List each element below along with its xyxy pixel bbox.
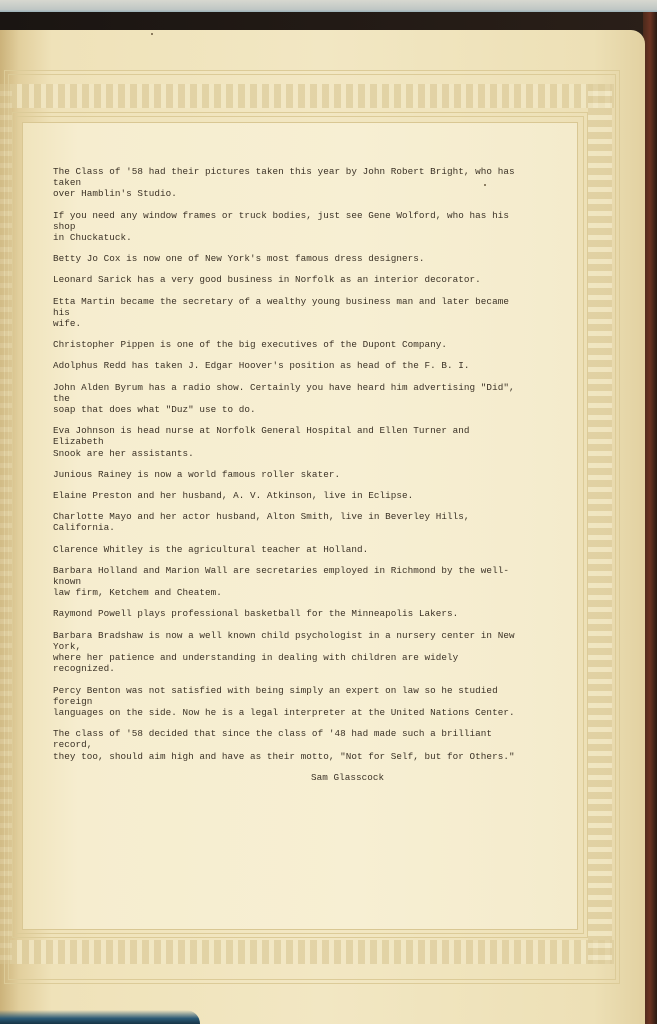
text-line: Percy Benton was not satisfied with bein…: [53, 685, 498, 707]
text-line: Snook are her assistants.: [53, 448, 194, 459]
paragraph: John Alden Byrum has a radio show. Certa…: [53, 382, 523, 416]
text-line: Christopher Pippen is one of the big exe…: [53, 339, 447, 350]
text-line: in Chuckatuck.: [53, 232, 132, 243]
paragraph: Betty Jo Cox is now one of New York's mo…: [53, 253, 523, 264]
paragraph: If you need any window frames or truck b…: [53, 210, 523, 244]
text-line: law firm, Ketchem and Cheatem.: [53, 587, 222, 598]
text-line: Barbara Bradshaw is now a well known chi…: [53, 630, 515, 652]
border-band-top: [10, 84, 614, 108]
text-line: Adolphus Redd has taken J. Edgar Hoover'…: [53, 360, 470, 371]
paragraph: Percy Benton was not satisfied with bein…: [53, 685, 523, 719]
paragraph: Christopher Pippen is one of the big exe…: [53, 339, 523, 350]
text-line: Betty Jo Cox is now one of New York's mo…: [53, 253, 425, 264]
page-bottom-shadow: [0, 1010, 200, 1024]
text-line: John Alden Byrum has a radio show. Certa…: [53, 382, 515, 404]
text-line: languages on the side. Now he is a legal…: [53, 707, 515, 718]
text-line: Junious Rainey is now a world famous rol…: [53, 469, 340, 480]
text-line: they too, should aim high and have as th…: [53, 751, 515, 762]
paragraph: The class of '58 decided that since the …: [53, 728, 523, 762]
paragraph: Barbara Holland and Marion Wall are secr…: [53, 565, 523, 599]
paragraph: Eva Johnson is head nurse at Norfolk Gen…: [53, 425, 523, 459]
paragraph: Etta Martin became the secretary of a we…: [53, 296, 523, 330]
paragraph: Barbara Bradshaw is now a well known chi…: [53, 630, 523, 675]
paragraph: Raymond Powell plays professional basket…: [53, 608, 523, 619]
text-line: The Class of '58 had their pictures take…: [53, 166, 515, 188]
text-line: over Hamblin's Studio.: [53, 188, 177, 199]
paragraph: Adolphus Redd has taken J. Edgar Hoover'…: [53, 360, 523, 371]
author-signature: Sam Glasscock: [53, 772, 523, 783]
book-cover-edge: [643, 12, 657, 1024]
class-prophecy-text: The Class of '58 had their pictures take…: [53, 166, 523, 783]
text-line: Etta Martin became the secretary of a we…: [53, 296, 509, 318]
text-line: Barbara Holland and Marion Wall are secr…: [53, 565, 509, 587]
paper-speck: [484, 184, 486, 186]
text-line: The class of '58 decided that since the …: [53, 728, 492, 750]
border-band-right: [588, 84, 612, 964]
paragraph: Leonard Sarick has a very good business …: [53, 274, 523, 285]
text-line: wife.: [53, 318, 81, 329]
text-line: soap that does what "Duz" use to do.: [53, 404, 256, 415]
text-line: Eva Johnson is head nurse at Norfolk Gen…: [53, 425, 470, 447]
paragraph: Charlotte Mayo and her actor husband, Al…: [53, 511, 523, 533]
border-band-left: [0, 84, 12, 964]
text-line: Leonard Sarick has a very good business …: [53, 274, 481, 285]
paragraph: Junious Rainey is now a world famous rol…: [53, 469, 523, 480]
text-line: Clarence Whitley is the agricultural tea…: [53, 544, 368, 555]
text-line: Elaine Preston and her husband, A. V. At…: [53, 490, 413, 501]
paragraph: Clarence Whitley is the agricultural tea…: [53, 544, 523, 555]
text-line: Charlotte Mayo and her actor husband, Al…: [53, 511, 470, 533]
border-band-bottom: [10, 940, 614, 964]
text-line: Raymond Powell plays professional basket…: [53, 608, 458, 619]
paragraph: The Class of '58 had their pictures take…: [53, 166, 523, 200]
paragraph: Elaine Preston and her husband, A. V. At…: [53, 490, 523, 501]
paper-speck: [151, 33, 153, 35]
text-line: If you need any window frames or truck b…: [53, 210, 509, 232]
text-line: where her patience and understanding in …: [53, 652, 458, 674]
